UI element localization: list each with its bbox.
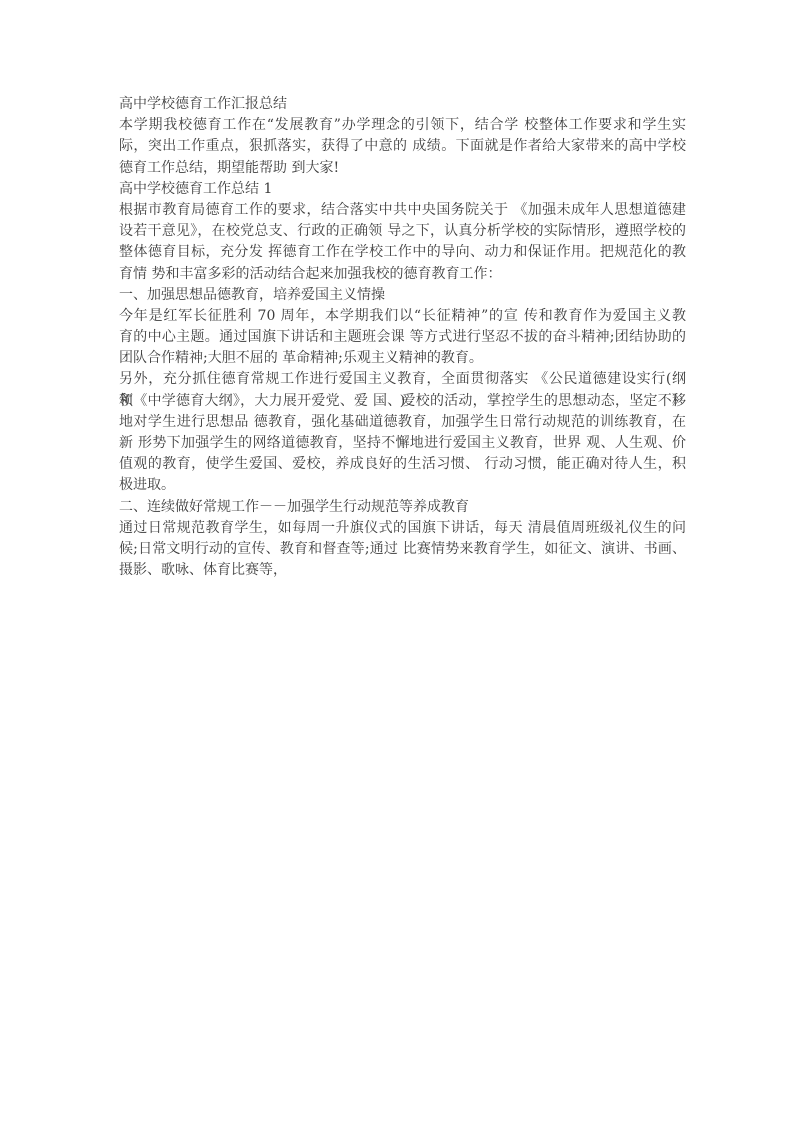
text-line: 新 形势下加强学生的网络道德教育，坚持不懈地进行爱国主义教育，世界 观、人生观、… <box>119 433 686 454</box>
paragraph-body: 通过日常规范教育学生，如每周一升旗仪式的国旗下讲话，每天 清晨值周班级礼仪生的问… <box>119 518 686 582</box>
text-line: 另外，充分抓住德育常规工作进行爱国主义教育，全面贯彻落实 《公民道德建设实行(纲… <box>119 369 686 390</box>
paragraph-heading-one: 一、加强思想品德教育，培养爱国主义情操 <box>119 285 686 306</box>
text-line: 整体德育目标，充分发 挥德育工作在学校工作中的导向、动力和保证作用。把规范化的教 <box>119 242 686 263</box>
text-line: 一、加强思想品德教育，培养爱国主义情操 <box>119 285 686 306</box>
text-line: 值观的教育，使学生爱国、爱校，养成良好的生活习惯、 行动习惯，能正确对待人生，积 <box>119 454 686 475</box>
text-line: 二、连续做好常规工作－－加强学生行动规范等养成教育 <box>119 497 686 518</box>
paragraph-heading-two: 二、连续做好常规工作－－加强学生行动规范等养成教育 <box>119 497 686 518</box>
text-line: 候;日常文明行动的宣传、教育和督查等;通过 比赛情势来教育学生，如征文、演讲、书… <box>119 539 686 560</box>
text-line: 育情 势和丰富多彩的活动结合起来加强我校的德育教育工作： <box>119 264 686 285</box>
text-line: 高中学校德育工作汇报总结 <box>119 94 686 115</box>
text-line: 育的中心主题。通过国旗下讲话和主题班会课 等方式进行坚忍不拔的奋斗精神;团结协助… <box>119 327 686 348</box>
paragraph-intro: 本学期我校德育工作在“发展教育”办学理念的引领下，结合学 校整体工作要求和学生实… <box>119 115 686 179</box>
paragraph-body: 根据市教育局德育工作的要求，结合落实中共中央国务院关于 《加强未成年人思想道德建… <box>119 200 686 285</box>
text-line: 今年是红军长征胜利 70 周年，本学期我们以“长征精神”的宣 传和教育作为爱国主… <box>119 306 686 327</box>
document-text: 高中学校德育工作汇报总结本学期我校德育工作在“发展教育”办学理念的引领下，结合学… <box>119 94 686 581</box>
paragraph-subtitle: 高中学校德育工作总结 1 <box>119 179 686 200</box>
text-line: 摄影、歌咏、体育比赛等， <box>119 560 686 581</box>
text-line: 高中学校德育工作总结 1 <box>119 179 686 200</box>
text-line: 和《中学德育大纲》，大力展开爱党、爱 国、爱校的活动，掌控学生的思想动态，坚定不… <box>119 391 686 412</box>
paragraph-body: 今年是红军长征胜利 70 周年，本学期我们以“长征精神”的宣 传和教育作为爱国主… <box>119 306 686 370</box>
text-line: 地对学生进行思想品 德教育，强化基础道德教育，加强学生日常行动规范的训练教育，在 <box>119 412 686 433</box>
text-line: 际，突出工作重点，狠抓落实，获得了中意的 成绩。下面就是作者给大家带来的高中学校 <box>119 136 686 157</box>
paragraph-body: 另外，充分抓住德育常规工作进行爱国主义教育，全面贯彻落实 《公民道德建设实行(纲… <box>119 369 686 496</box>
text-line: 根据市教育局德育工作的要求，结合落实中共中央国务院关于 《加强未成年人思想道德建 <box>119 200 686 221</box>
text-line: 德育工作总结，期望能帮助 到大家! <box>119 158 686 179</box>
text-line: 通过日常规范教育学生，如每周一升旗仪式的国旗下讲话，每天 清晨值周班级礼仪生的问 <box>119 518 686 539</box>
text-line: 团队合作精神;大胆不屈的 革命精神;乐观主义精神的教育。 <box>119 348 686 369</box>
document-page: 高中学校德育工作汇报总结本学期我校德育工作在“发展教育”办学理念的引领下，结合学… <box>0 0 793 1122</box>
text-line: 设若干意见》，在校党总支、行政的正确领 导之下，认真分析学校的实际情形，遵照学校… <box>119 221 686 242</box>
text-line: 极进取。 <box>119 475 686 496</box>
text-line: 本学期我校德育工作在“发展教育”办学理念的引领下，结合学 校整体工作要求和学生实 <box>119 115 686 136</box>
paragraph-title: 高中学校德育工作汇报总结 <box>119 94 686 115</box>
